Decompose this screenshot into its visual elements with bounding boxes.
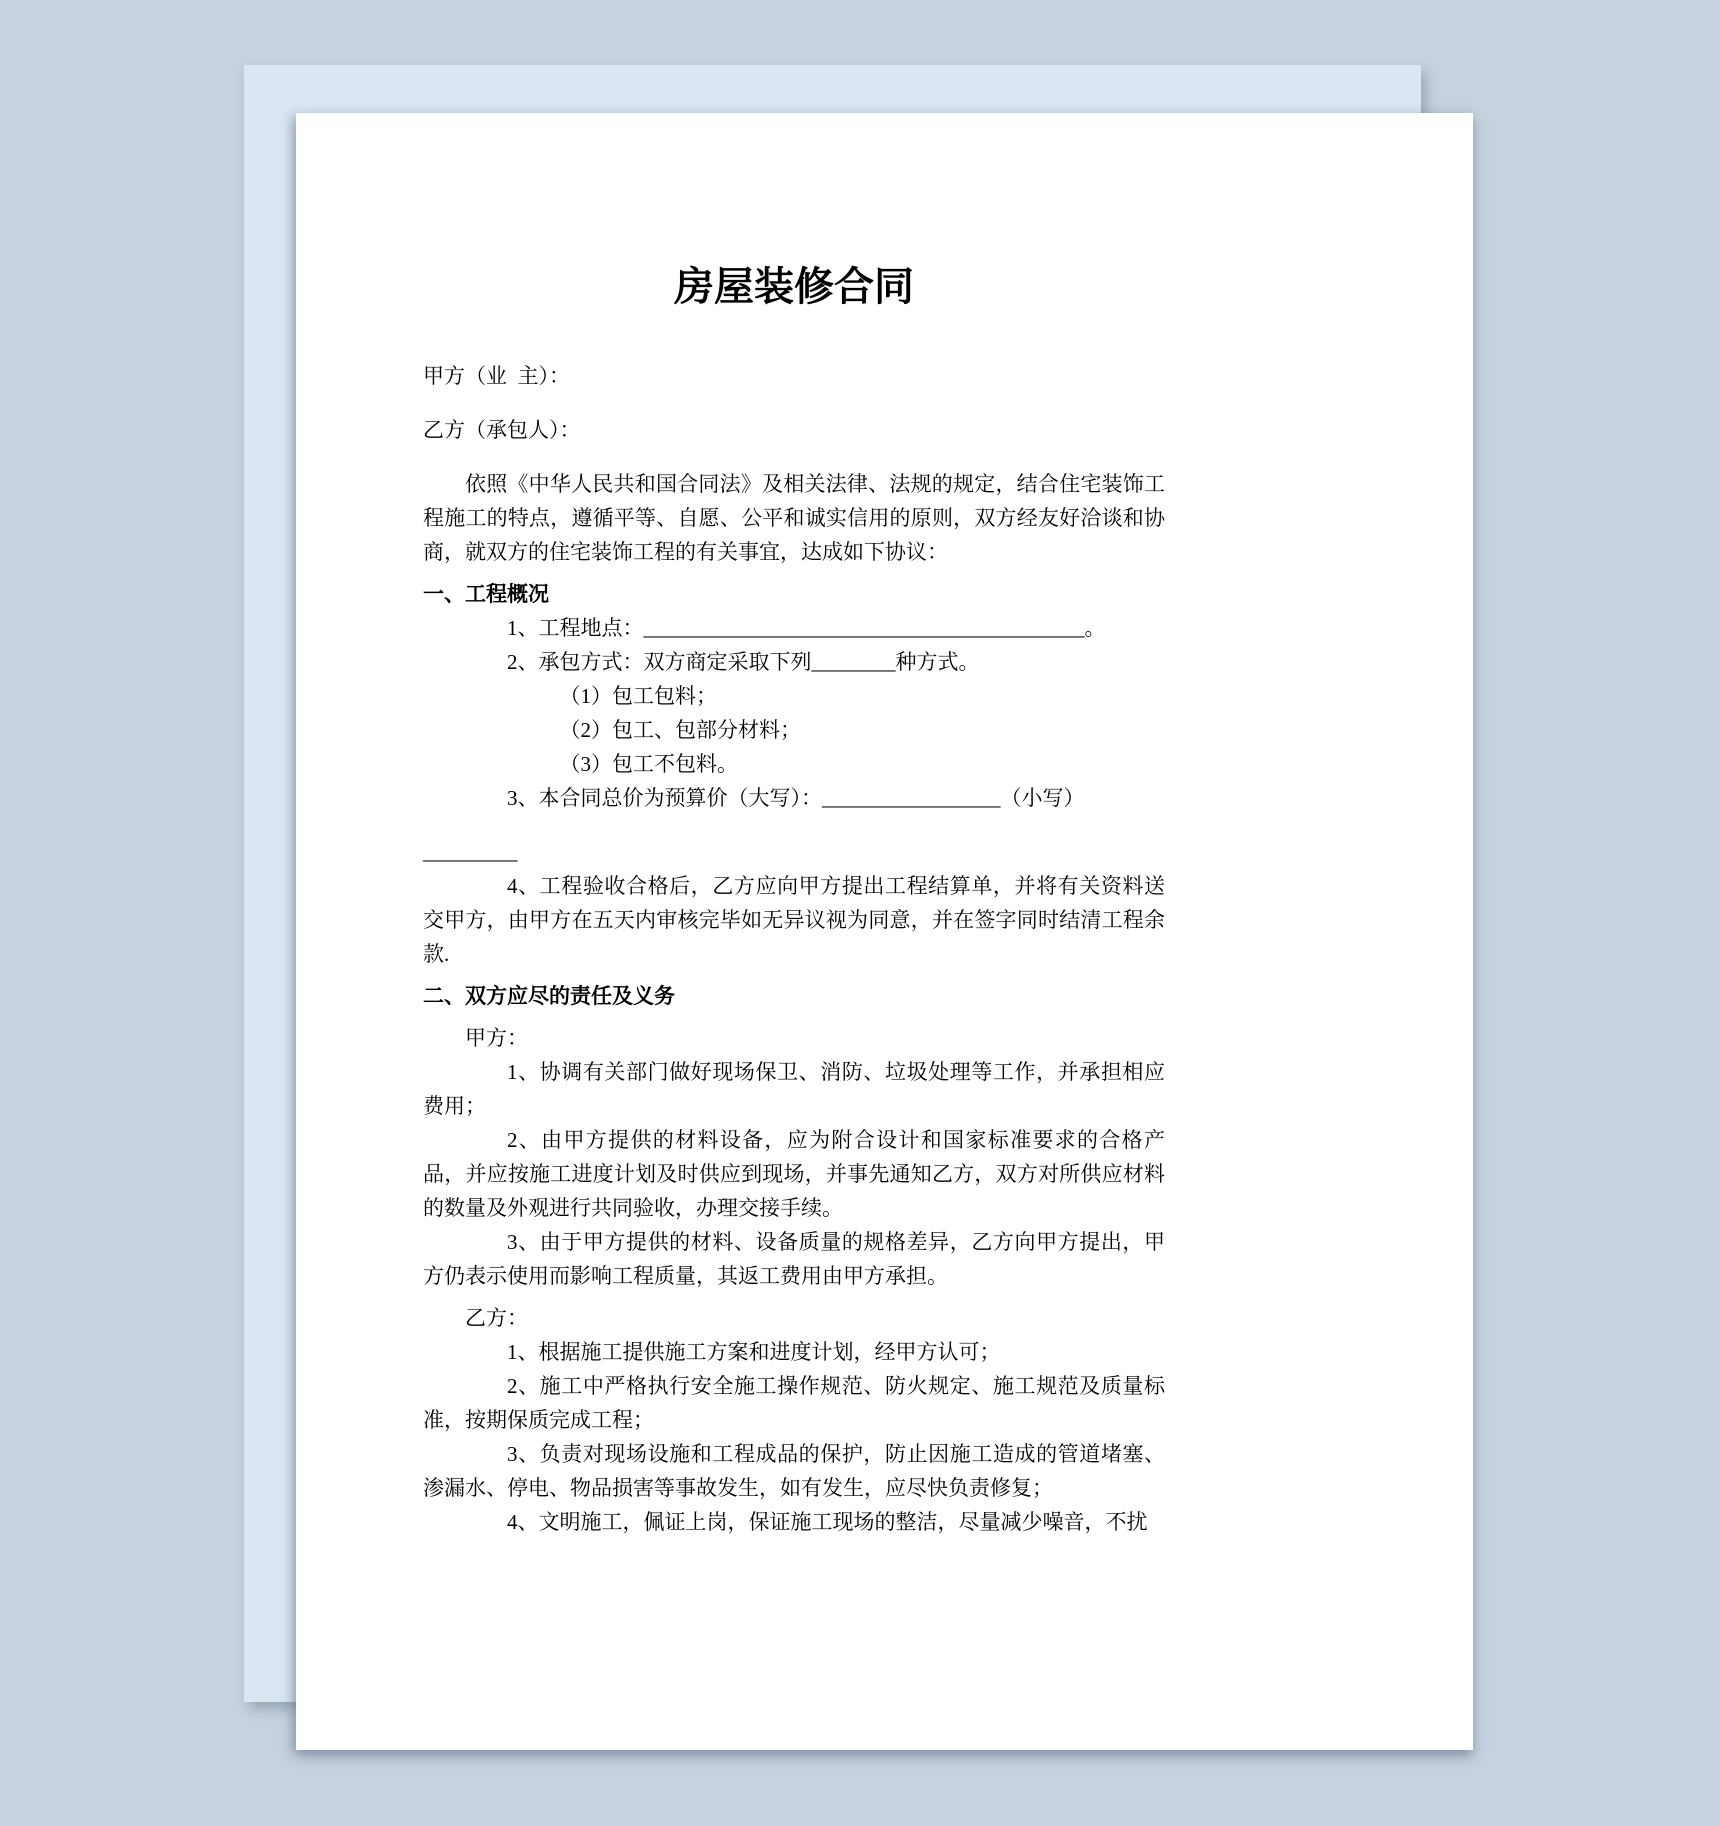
party-b-duty-3: 3、负责对现场设施和工程成品的保护，防止因施工造成的管道堵塞、渗漏水、停电、物品… (423, 1437, 1165, 1505)
item-total-price: 3、本合同总价为预算价（大写）：_________________（小写） (423, 781, 1165, 815)
party-b-label: 乙方： (423, 1301, 1165, 1335)
desktop-background: 房屋装修合同 甲方（业 主）： 乙方（承包人）： 依照《中华人民共和国合同法》及… (0, 0, 1720, 1826)
item-acceptance-settlement: 4、工程验收合格后，乙方应向甲方提出工程结算单，并将有关资料送交甲方，由甲方在五… (423, 869, 1165, 971)
party-a-line: 甲方（业 主）： (423, 359, 1165, 393)
party-a-label: 甲方： (423, 1021, 1165, 1055)
party-a-duty-2: 2、由甲方提供的材料设备，应为附合设计和国家标准要求的合格产品，并应按施工进度计… (423, 1123, 1165, 1225)
party-b-duty-4: 4、文明施工，佩证上岗，保证施工现场的整洁，尽量减少噪音，不扰 (423, 1505, 1165, 1539)
preamble: 依照《中华人民共和国合同法》及相关法律、法规的规定，结合住宅装饰工程施工的特点，… (423, 467, 1165, 569)
document-title: 房屋装修合同 (423, 263, 1165, 311)
party-a-duty-1: 1、协调有关部门做好现场保卫、消防、垃圾处理等工作，并承担相应费用； (423, 1055, 1165, 1123)
party-b-line: 乙方（承包人）： (423, 413, 1165, 447)
party-b-duty-1: 1、根据施工提供施工方案和进度计划，经甲方认可； (423, 1335, 1165, 1369)
section-2-heading: 二、双方应尽的责任及义务 (423, 979, 1165, 1013)
party-b-duty-2: 2、施工中严格执行安全施工操作规范、防火规定、施工规范及质量标准，按期保质完成工… (423, 1369, 1165, 1437)
option-labor-only: （3）包工不包料。 (423, 747, 1165, 781)
item-project-location: 1、工程地点：_________________________________… (423, 611, 1165, 645)
price-blank-continuation: _________ (423, 835, 1165, 869)
option-labor-partial-materials: （2）包工、包部分材料； (423, 713, 1165, 747)
item-contract-method: 2、承包方式：双方商定采取下列________种方式。 (423, 645, 1165, 679)
section-1-heading: 一、工程概况 (423, 577, 1165, 611)
option-labor-and-materials: （1）包工包料； (423, 679, 1165, 713)
document-page: 房屋装修合同 甲方（业 主）： 乙方（承包人）： 依照《中华人民共和国合同法》及… (296, 113, 1473, 1750)
party-a-duty-3: 3、由于甲方提供的材料、设备质量的规格差异，乙方向甲方提出，甲方仍表示使用而影响… (423, 1225, 1165, 1293)
